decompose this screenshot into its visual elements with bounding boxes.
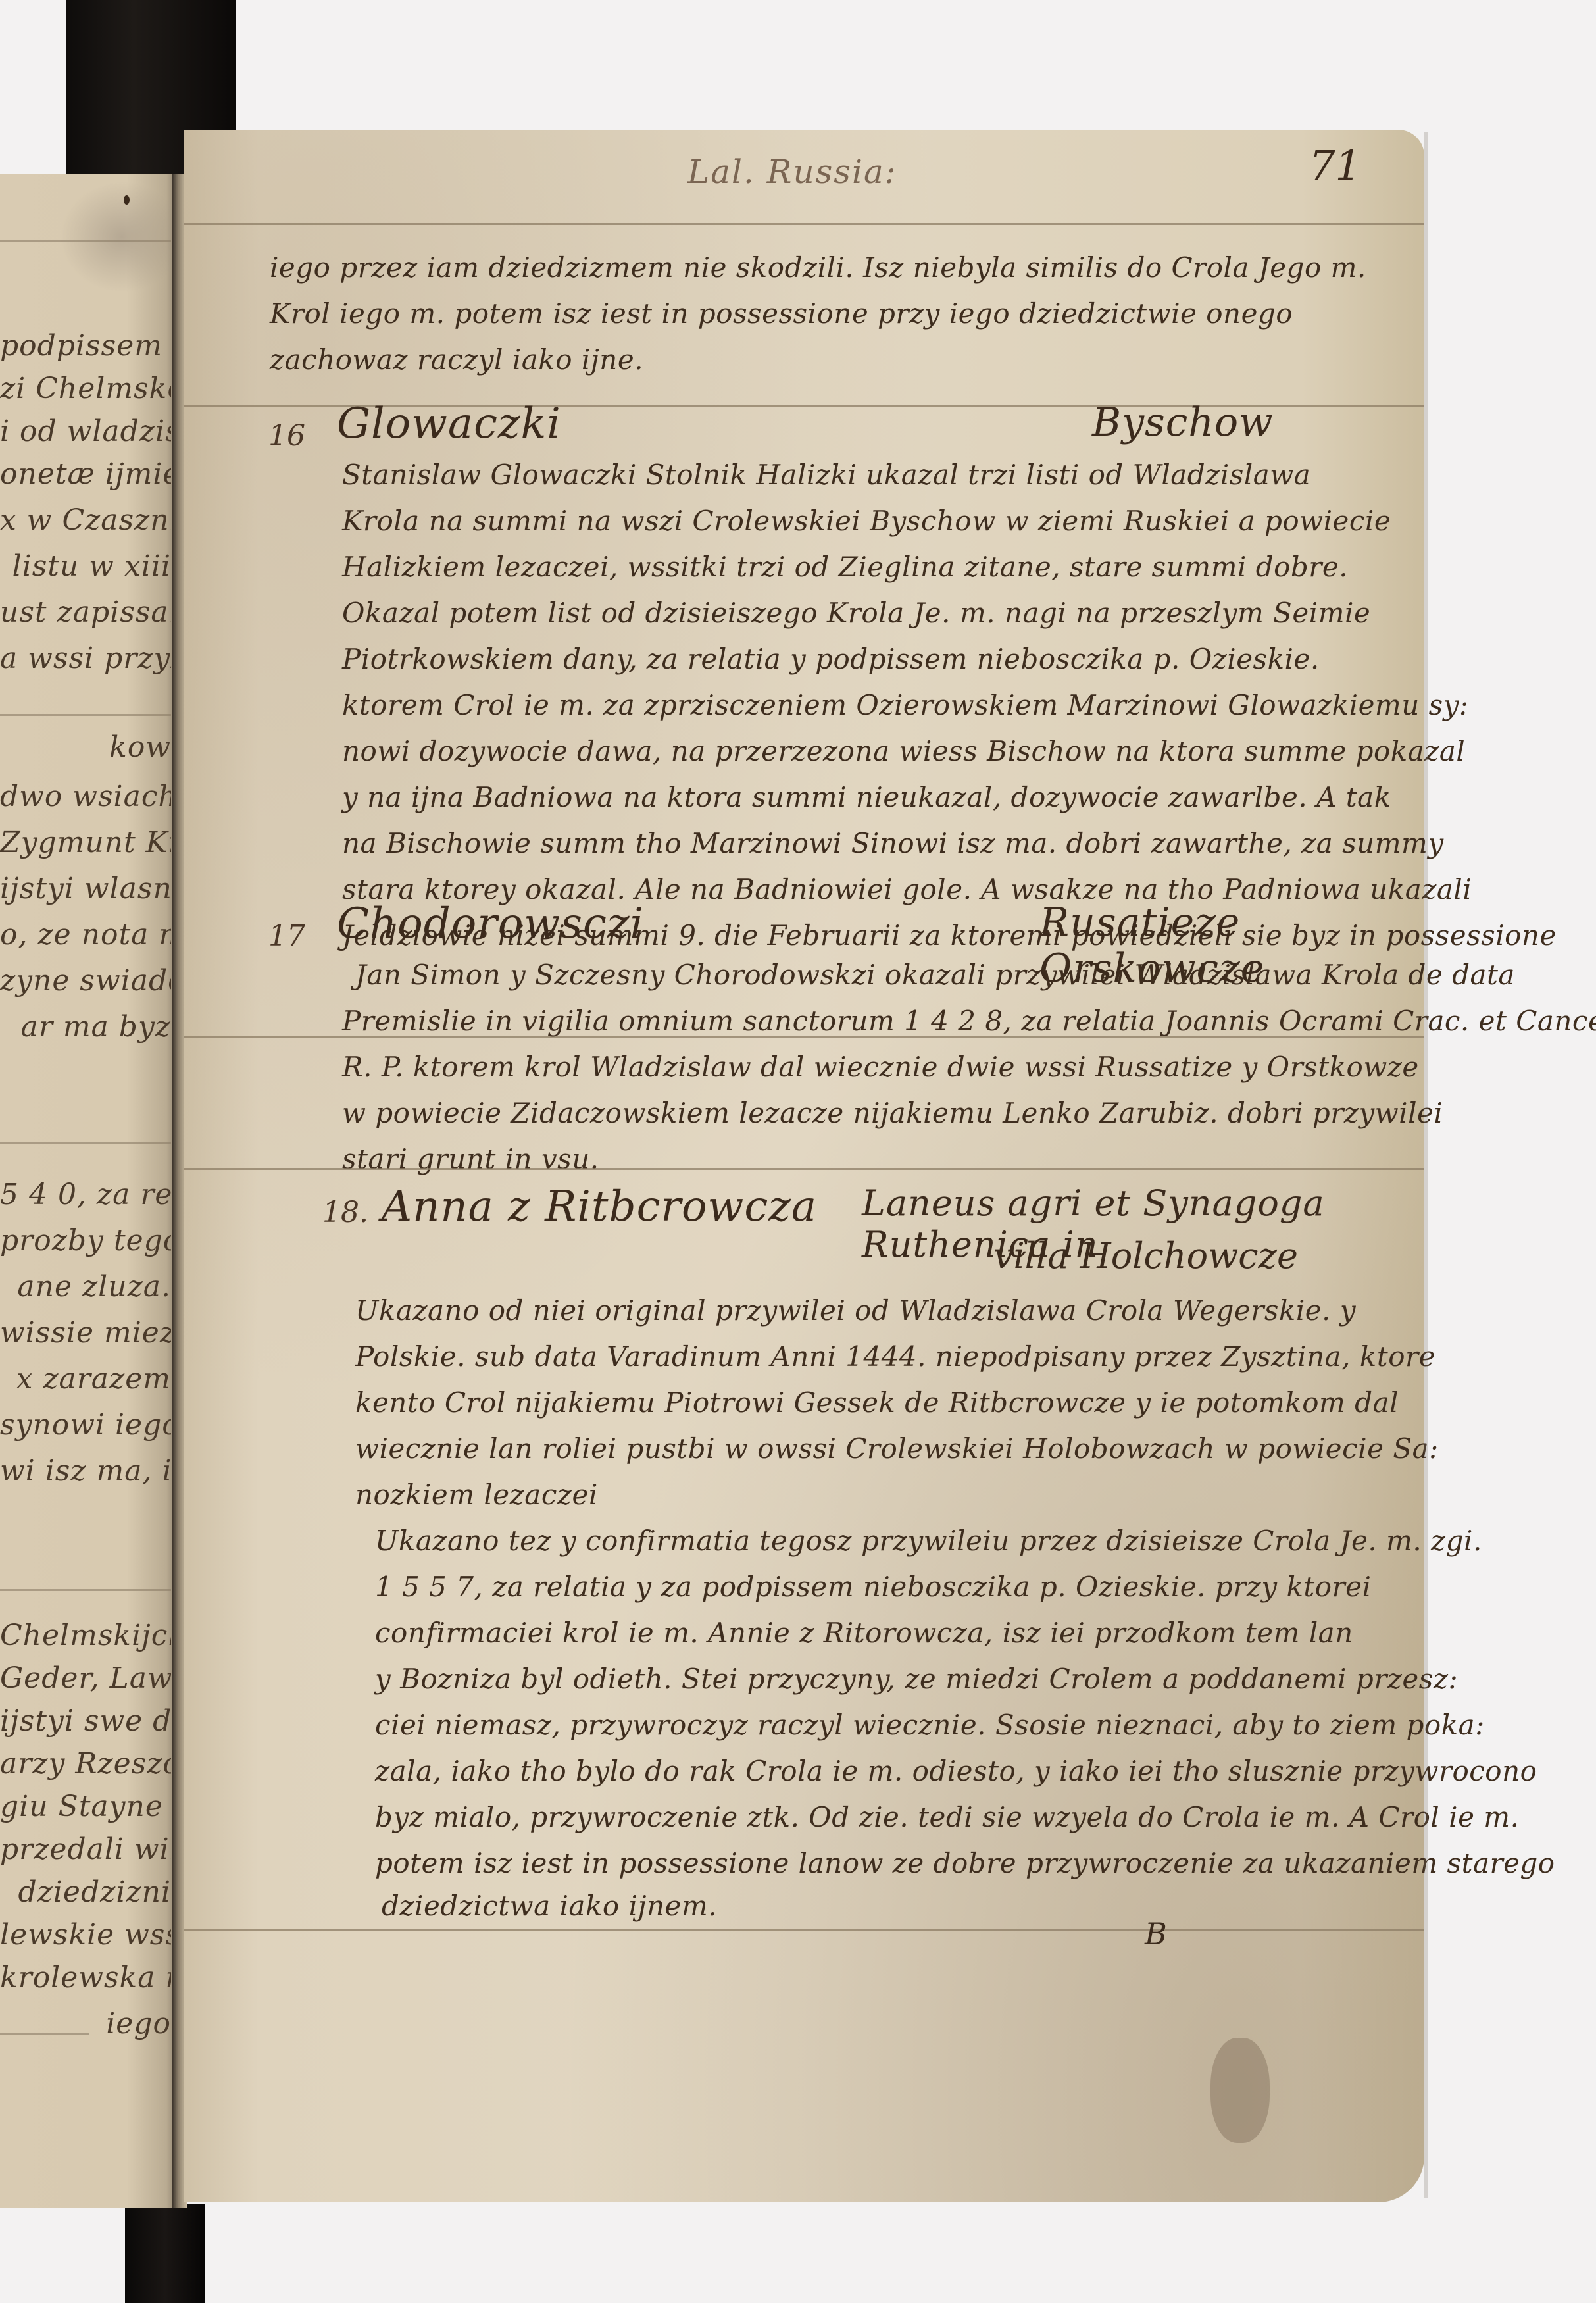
left-page-text-line: x zarazem [0,1362,171,1396]
left-page-text-line: arzy Rzeszo [0,1747,171,1781]
text-line: y Bozniza byl odieth. Stei przyczyny, ze… [375,1663,1458,1695]
left-page-text-line: przedali wii [0,1833,171,1866]
text-line: Ukazano tez y confirmatia tegosz przywil… [375,1525,1482,1557]
left-page-text-line: kow [0,730,171,764]
margin-dot [124,195,130,205]
left-page-text-line: a wssi przyz [0,642,171,675]
left-page-text-line: ijstyi swe dzi [0,1704,171,1738]
text-line: stari grunt in vsu. [342,1143,599,1175]
ruled-line [184,1929,1424,1931]
text-line: dziedzictwa iako ijnem. [382,1890,717,1922]
text-line: Jan Simon y Szczesny Chorodowskzi okazal… [355,959,1515,991]
text-line: ciei niemasz, przywroczyz raczyl wieczni… [375,1709,1485,1741]
text-line: byz mialo, przywroczenie ztk. Od zie. te… [375,1801,1519,1833]
water-stain [59,181,184,293]
ink-stain [1210,2038,1270,2143]
text-line: zala, iako tho bylo do rak Crola ie m. o… [375,1755,1537,1787]
text-line: w powiecie Zidaczowskiem lezacze nijakie… [342,1097,1443,1129]
left-page-text-line: onetæ ijmieni [0,457,171,491]
left-page-text-line: lewskie wssi [0,1918,171,1952]
left-page-text-line: prozby tego [0,1224,171,1257]
book-spine-bottom [125,2204,205,2303]
left-page-text-line: i od wladzisl [0,415,171,448]
text-line: kento Crol nijakiemu Piotrowi Gessek de … [355,1386,1399,1419]
left-page-text-line: ijstyi wlasne [0,872,171,905]
page-edge [1424,132,1428,2198]
entry-number: 18. [322,1196,368,1229]
left-page-text-line: listu w xiii [0,549,171,583]
text-line: Polskie. sub data Varadinum Anni 1444. n… [355,1340,1435,1373]
left-page-ruled-line [0,714,171,716]
left-page-text-line: giu Stayne et [0,1790,171,1823]
left-page-text-line: wissie miez [0,1316,171,1350]
left-page-text-line: o, ze nota ni [0,918,171,951]
left-page-text-line: 5 4 0, za rela [0,1178,171,1211]
left-page-text-line: krolewska nij [0,1961,171,1994]
left-page-text-line: podpissem Ro [0,329,171,363]
left-page-text-line: ane zluza. [0,1270,171,1303]
left-page: podpissem Rozi Chelmskei od wladzislonet… [0,174,181,2208]
text-line: potem isz iest in possessione lanow ze d… [375,1847,1555,1879]
text-line: R. P. ktorem krol Wladzislaw dal wieczni… [342,1051,1419,1083]
left-page-text-line: x w Czaszni [0,503,171,537]
left-page-text-line: ust zapissana [0,595,171,629]
entry-place-continued: villa Holchowcze [993,1235,1298,1277]
left-page-text-line: Geder, Law [0,1661,171,1695]
ruled-line [184,1168,1424,1170]
text-line: Premislie in vigilia omnium sanctorum 1 … [342,1005,1596,1037]
text-line: Ukazano od niei original przywilei od Wl… [355,1294,1356,1327]
text-line: nozkiem lezaczei [355,1479,598,1511]
left-page-ruled-line [0,240,171,242]
entry-name: Chodorowsczi [337,899,644,948]
entry-name: Anna z Ritbcrowcza [382,1182,817,1231]
left-page-text-line: synowi iego [0,1408,171,1442]
signature-mark: B [1145,1916,1167,1952]
left-page-text-line: zyne swiadecz [0,964,171,998]
left-page-text-line: Zygmunt Kra [0,826,171,859]
left-page-ruled-line [0,1589,171,1591]
left-page-text-line: zi Chelmske [0,372,171,405]
left-page-text-line: dziedzizni [0,1875,171,1909]
left-page-text-line: dwo wsiach [0,780,171,813]
left-page-text-line: Chelmskijch 150 [0,1619,171,1652]
left-page-text-line: iego [0,2007,171,2040]
left-page-ruled-line [0,2033,89,2035]
text-line: wiecznie lan roliei pustbi w owssi Crole… [355,1432,1439,1465]
right-page-lower: 17 Chodorowsczi Rusatieze Orskowcze Jan … [184,130,1424,2202]
left-page-ruled-line [0,1142,171,1144]
entry-number: 17 [268,919,305,953]
left-page-text-line: wi isz ma, ii [0,1454,171,1488]
text-line: 1 5 5 7, za relatia y za podpissem niebo… [375,1571,1371,1603]
left-page-text-line: ar ma byz [0,1010,171,1044]
text-line: confirmaciei krol ie m. Annie z Ritorowc… [375,1617,1353,1649]
